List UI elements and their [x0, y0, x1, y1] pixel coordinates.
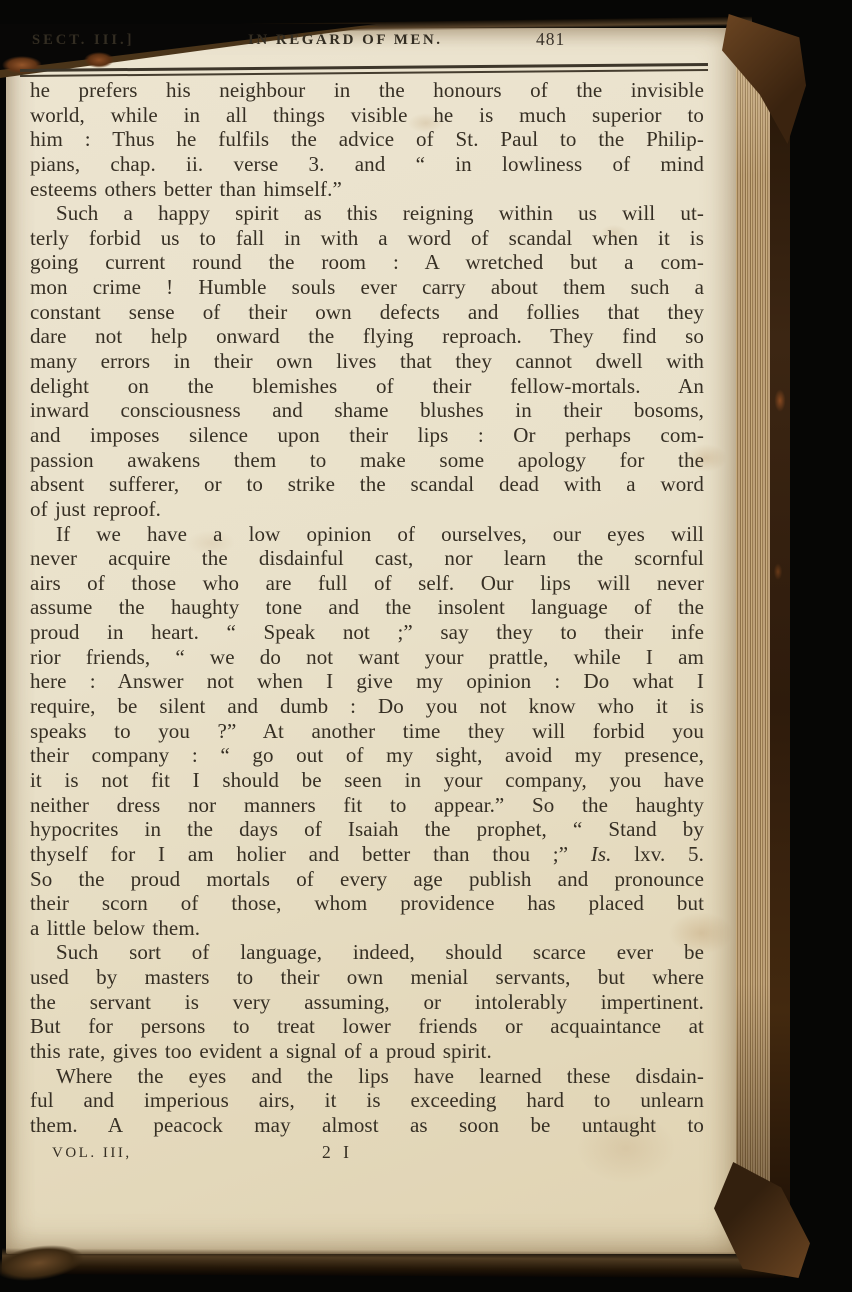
text-line: going current round the room : A wretche…	[30, 250, 704, 275]
text-line: If we have a low opinion of ourselves, o…	[30, 522, 704, 547]
text-line: him : Thus he fulfils the advice of St. …	[30, 127, 704, 152]
text-line: never acquire the disdainful cast, nor l…	[30, 546, 704, 571]
text-line: constant sense of their own defects and …	[30, 300, 704, 325]
paragraph: he prefers his neighbour in the honours …	[30, 78, 704, 201]
page-number: 481	[536, 29, 565, 50]
text-line: delight on the blemishes of their fellow…	[30, 374, 704, 399]
paragraph: Where the eyes and the lips have learned…	[30, 1064, 704, 1138]
text-line: rior friends, “ we do not want your prat…	[30, 645, 704, 670]
text-line: So the proud mortals of every age publis…	[30, 867, 704, 892]
text-line: it is not fit I should be seen in your c…	[30, 768, 704, 793]
text-line: proud in heart. “ Speak not ;” say they …	[30, 620, 704, 645]
text-line: neither dress nor manners fit to appear.…	[30, 793, 704, 818]
text-line: dare not help onward the flying reproach…	[30, 324, 704, 349]
text-line: esteems others better than himself.”	[30, 177, 704, 202]
text-line: world, while in all things visible he is…	[30, 103, 704, 128]
paragraph: Such sort of language, indeed, should sc…	[30, 940, 704, 1063]
text-line: absent sufferer, or to strike the scanda…	[30, 472, 704, 497]
text-line: Such a happy spirit as this reigning wit…	[30, 201, 704, 226]
text-line: speaks to you ?” At another time they wi…	[30, 719, 704, 744]
text-line: the servant is very assuming, or intoler…	[30, 990, 704, 1015]
leather-cover-right-edge	[770, 34, 790, 1256]
page-edges-texture	[736, 30, 772, 1252]
text-line: thyself for I am holier and better than …	[30, 842, 704, 867]
text-line: But for persons to treat lower friends o…	[30, 1014, 704, 1039]
text-line: used by masters to their own menial serv…	[30, 965, 704, 990]
text-line: Such sort of language, indeed, should sc…	[30, 940, 704, 965]
paragraph: If we have a low opinion of ourselves, o…	[30, 522, 704, 941]
page-footer: VOL. III, 2 I	[30, 1142, 704, 1168]
scan-background: SECT. III.] IN REGARD OF MEN. 481 he pre…	[0, 0, 852, 1292]
text-line: pians, chap. ii. verse 3. and “ in lowli…	[30, 152, 704, 177]
signature-mark: 2 I	[322, 1142, 353, 1163]
text-line: many errors in their own lives that they…	[30, 349, 704, 374]
text-line: of just reproof.	[30, 497, 704, 522]
leather-bottom-edge	[2, 1248, 784, 1278]
text-line: assume the haughty tone and the insolent…	[30, 595, 704, 620]
text-line: here : Answer not when I give my opinion…	[30, 669, 704, 694]
section-label: SECT. III.]	[32, 32, 134, 49]
page-body: he prefers his neighbour in the honours …	[30, 78, 704, 1138]
text-line: inward consciousness and shame blushes i…	[30, 398, 704, 423]
text-line: Where the eyes and the lips have learned…	[30, 1064, 704, 1089]
text-line: require, be silent and dumb : Do you not…	[30, 694, 704, 719]
text-line: ful and imperious airs, it is exceeding …	[30, 1088, 704, 1113]
text-line: mon crime ! Humble souls ever carry abou…	[30, 275, 704, 300]
text-line: their company : “ go out of my sight, av…	[30, 743, 704, 768]
volume-label: VOL. III,	[52, 1145, 132, 1162]
page-header: SECT. III.] IN REGARD OF MEN. 481	[30, 32, 704, 56]
text-line: and imposes silence upon their lips : Or…	[30, 423, 704, 448]
text-line: airs of those who are full of self. Our …	[30, 571, 704, 596]
text-line: hypocrites in the days of Isaiah the pro…	[30, 817, 704, 842]
text-line: he prefers his neighbour in the honours …	[30, 78, 704, 103]
text-line: their scorn of those, whom providence ha…	[30, 891, 704, 916]
text-line: a little below them.	[30, 916, 704, 941]
paragraph: Such a happy spirit as this reigning wit…	[30, 201, 704, 521]
text-line: terly forbid us to fall in with a word o…	[30, 226, 704, 251]
text-line: them. A peacock may almost as soon be un…	[30, 1113, 704, 1138]
text-line: passion awakens them to make some apolog…	[30, 448, 704, 473]
text-line: this rate, gives too evident a signal of…	[30, 1039, 704, 1064]
running-title: IN REGARD OF MEN.	[248, 32, 442, 49]
